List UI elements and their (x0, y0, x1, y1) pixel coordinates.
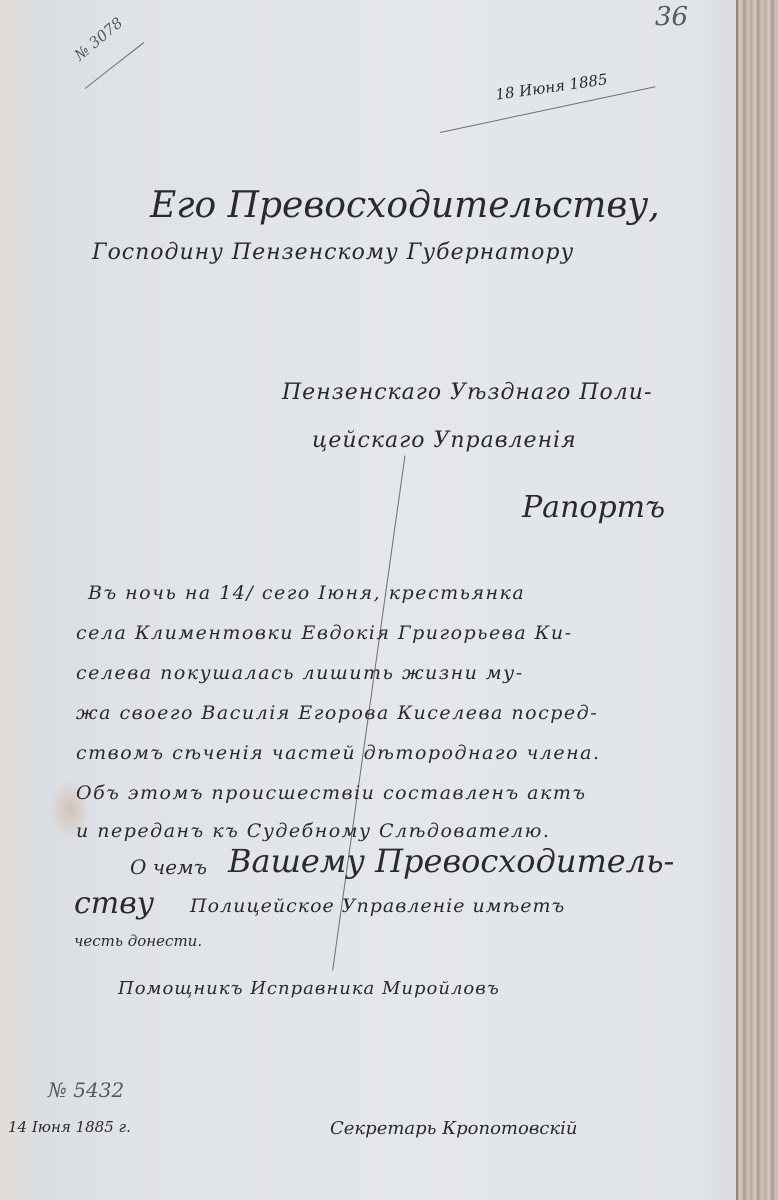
secretary-signature: Секретарь Кропотовскій (330, 1118, 577, 1139)
addressee-line-1: Его Превосходительству, (150, 185, 660, 226)
body-line-3: селева покушалась лишить жизни му- (76, 662, 524, 684)
closing-line-3: честь донести. (74, 932, 202, 950)
body-line-7: и переданъ къ Судебному Слѣдователю. (76, 820, 550, 842)
closing-prefix: О чемъ (130, 855, 207, 879)
margin-number: № 3078 (71, 14, 126, 65)
body-line-6: Объ этомъ происшествіи составленъ актъ (76, 782, 587, 804)
body-line-2: села Климентовки Евдокія Григорьева Ки- (76, 622, 573, 644)
folio-number: 36 (655, 2, 688, 32)
document-page: № 3078 36 18 Июня 1885 Его Превосходител… (0, 0, 738, 1200)
closing-line-2-rest: Полицейское Управленіе имѣетъ (190, 895, 565, 917)
body-line-4: жа своего Василія Егорова Киселева посре… (76, 702, 598, 724)
outgoing-number: № 5432 (48, 1078, 124, 1102)
closing-line-2-emph: ству (74, 886, 154, 921)
sender-line-1: Пензенскаго Уѣзднаго Поли- (282, 380, 652, 405)
assistant-signature: Помощникъ Исправника Миройловъ (118, 978, 500, 999)
addressee-line-2: Господину Пензенскому Губернатору (92, 240, 574, 265)
book-binding-edge (736, 0, 778, 1200)
sender-line-2: цейскаго Управленія (312, 428, 577, 453)
outgoing-date: 14 Іюня 1885 г. (8, 1118, 131, 1136)
body-line-1: Въ ночь на 14/ сего Іюня, крестьянка (88, 582, 525, 604)
body-line-5: ствомъ сѣченія частей дѣтороднаго члена. (76, 742, 601, 764)
closing-line-1-emph: Вашему Превосходитель- (228, 842, 674, 880)
document-title: Рапортъ (522, 490, 665, 525)
